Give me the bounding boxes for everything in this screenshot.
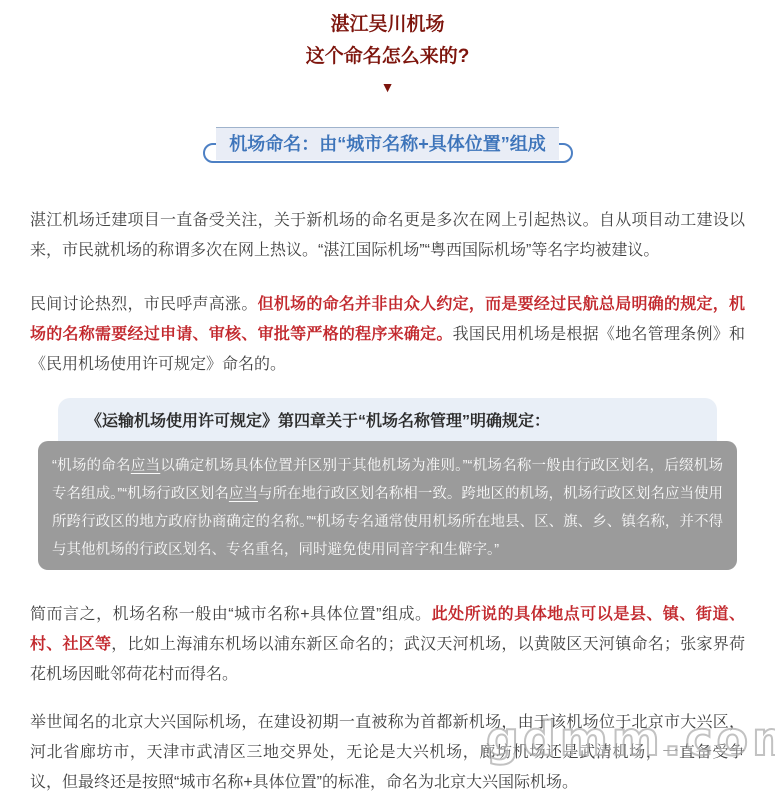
regulation-block: 《运输机场使用许可规定》第四章关于“机场名称管理”明确规定： “机场的命名应当以… [38, 398, 737, 570]
paragraph-1-text: 湛江机场迁建项目一直备受关注，关于新机场的命名更是多次在网上引起热议。自从项目动… [30, 212, 745, 259]
paragraph-2-text-a: 民间讨论热烈，市民呼声高涨。 [30, 296, 258, 313]
paragraph-4: 举世闻名的北京大兴国际机场，在建设初期一直被称为首都新机场，由于该机场位于北京市… [30, 708, 745, 798]
page-title-line2: 这个命名怎么来的? [0, 44, 775, 70]
paragraph-3-text-b: ，比如上海浦东机场以浦东新区命名的；武汉天河机场，以黄陂区天河镇命名；张家界荷花… [30, 636, 745, 683]
quote-underline-a: 应当 [131, 458, 161, 474]
regulation-quote-box: “机场的命名应当以确定机场具体位置并区别于其他机场为准则。”“机场名称一般由行政… [38, 441, 737, 570]
page-title-line1: 湛江吴川机场 [0, 12, 775, 38]
section-banner: 机场命名：由“城市名称+具体位置”组成 [0, 127, 775, 173]
section-banner-label: 机场命名：由“城市名称+具体位置”组成 [216, 127, 559, 160]
article-page: 湛江吴川机场 这个命名怎么来的? ▼ 机场命名：由“城市名称+具体位置”组成 湛… [0, 0, 775, 798]
paragraph-2: 民间讨论热烈，市民呼声高涨。但机场的命名并非由众人约定，而是要经过民航总局明确的… [30, 290, 745, 380]
paragraph-1: 湛江机场迁建项目一直备受关注，关于新机场的命名更是多次在网上引起热议。自从项目动… [30, 206, 745, 266]
quote-text-a: “机场的命名 [52, 458, 131, 474]
down-triangle-icon: ▼ [0, 80, 775, 94]
quote-underline-b: 应当 [229, 486, 258, 502]
article-header: 湛江吴川机场 这个命名怎么来的? ▼ [0, 0, 775, 94]
paragraph-3-text-a: 简而言之，机场名称一般由“城市名称+具体位置”组成。 [30, 606, 432, 623]
paragraph-4-text: 举世闻名的北京大兴国际机场，在建设初期一直被称为首都新机场，由于该机场位于北京市… [30, 714, 745, 791]
paragraph-3: 简而言之，机场名称一般由“城市名称+具体位置”组成。此处所说的具体地点可以是县、… [30, 600, 745, 690]
